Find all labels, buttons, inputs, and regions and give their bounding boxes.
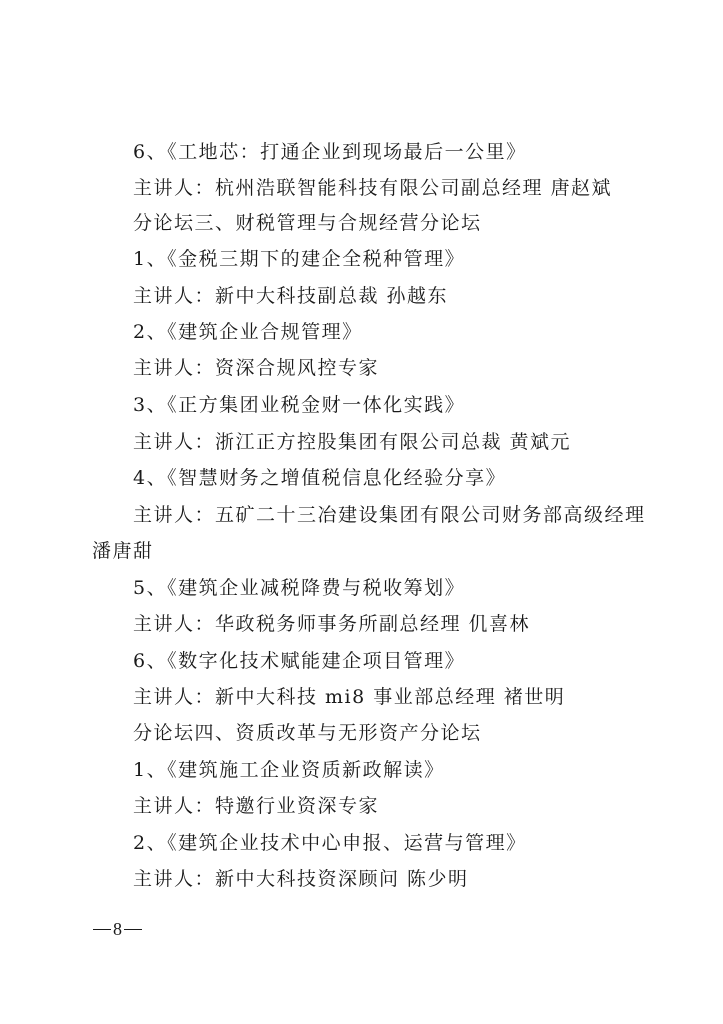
agenda-item: 6、《数字化技术赋能建企项目管理》: [133, 649, 465, 673]
agenda-item: 1、《金税三期下的建企全税种管理》: [133, 247, 465, 271]
speaker-line: 主讲人：浙江正方控股集团有限公司总裁 黄斌元: [133, 430, 571, 454]
speaker-line: 主讲人：新中大科技副总裁 孙越东: [133, 284, 448, 308]
agenda-item: 2、《建筑企业技术中心申报、运营与管理》: [133, 831, 527, 855]
agenda-item: 2、《建筑企业合规管理》: [133, 320, 363, 344]
page-number-value: 8: [113, 918, 122, 940]
speaker-line-continued: 潘唐甜: [92, 539, 154, 563]
speaker-line: 主讲人：杭州浩联智能科技有限公司副总经理 唐赵斌: [133, 176, 612, 200]
dash-right: [124, 929, 142, 930]
page-number: 8: [93, 918, 142, 940]
speaker-line: 主讲人：华政税务师事务所副总经理 仉喜林: [133, 612, 530, 636]
speaker-line: 主讲人：新中大科技 mi8 事业部总经理 褚世明: [133, 685, 565, 709]
agenda-item: 4、《智慧财务之增值税信息化经验分享》: [133, 466, 506, 490]
speaker-line: 主讲人：特邀行业资深专家: [133, 794, 379, 818]
agenda-item: 5、《建筑企业减税降费与税收筹划》: [133, 576, 465, 600]
agenda-item: 6、《工地芯：打通企业到现场最后一公里》: [133, 140, 527, 164]
speaker-line: 主讲人：五矿二十三冶建设集团有限公司财务部高级经理: [133, 503, 646, 527]
section-heading: 分论坛四、资质改革与无形资产分论坛: [133, 721, 482, 745]
section-heading: 分论坛三、财税管理与合规经营分论坛: [133, 211, 482, 235]
speaker-line: 主讲人：新中大科技资深顾问 陈少明: [133, 867, 469, 891]
agenda-item: 3、《正方集团业税金财一体化实践》: [133, 393, 465, 417]
dash-left: [93, 929, 111, 930]
document-page: 6、《工地芯：打通企业到现场最后一公里》 主讲人：杭州浩联智能科技有限公司副总经…: [0, 0, 723, 1024]
speaker-line: 主讲人：资深合规风控专家: [133, 356, 379, 380]
agenda-item: 1、《建筑施工企业资质新政解读》: [133, 758, 445, 782]
